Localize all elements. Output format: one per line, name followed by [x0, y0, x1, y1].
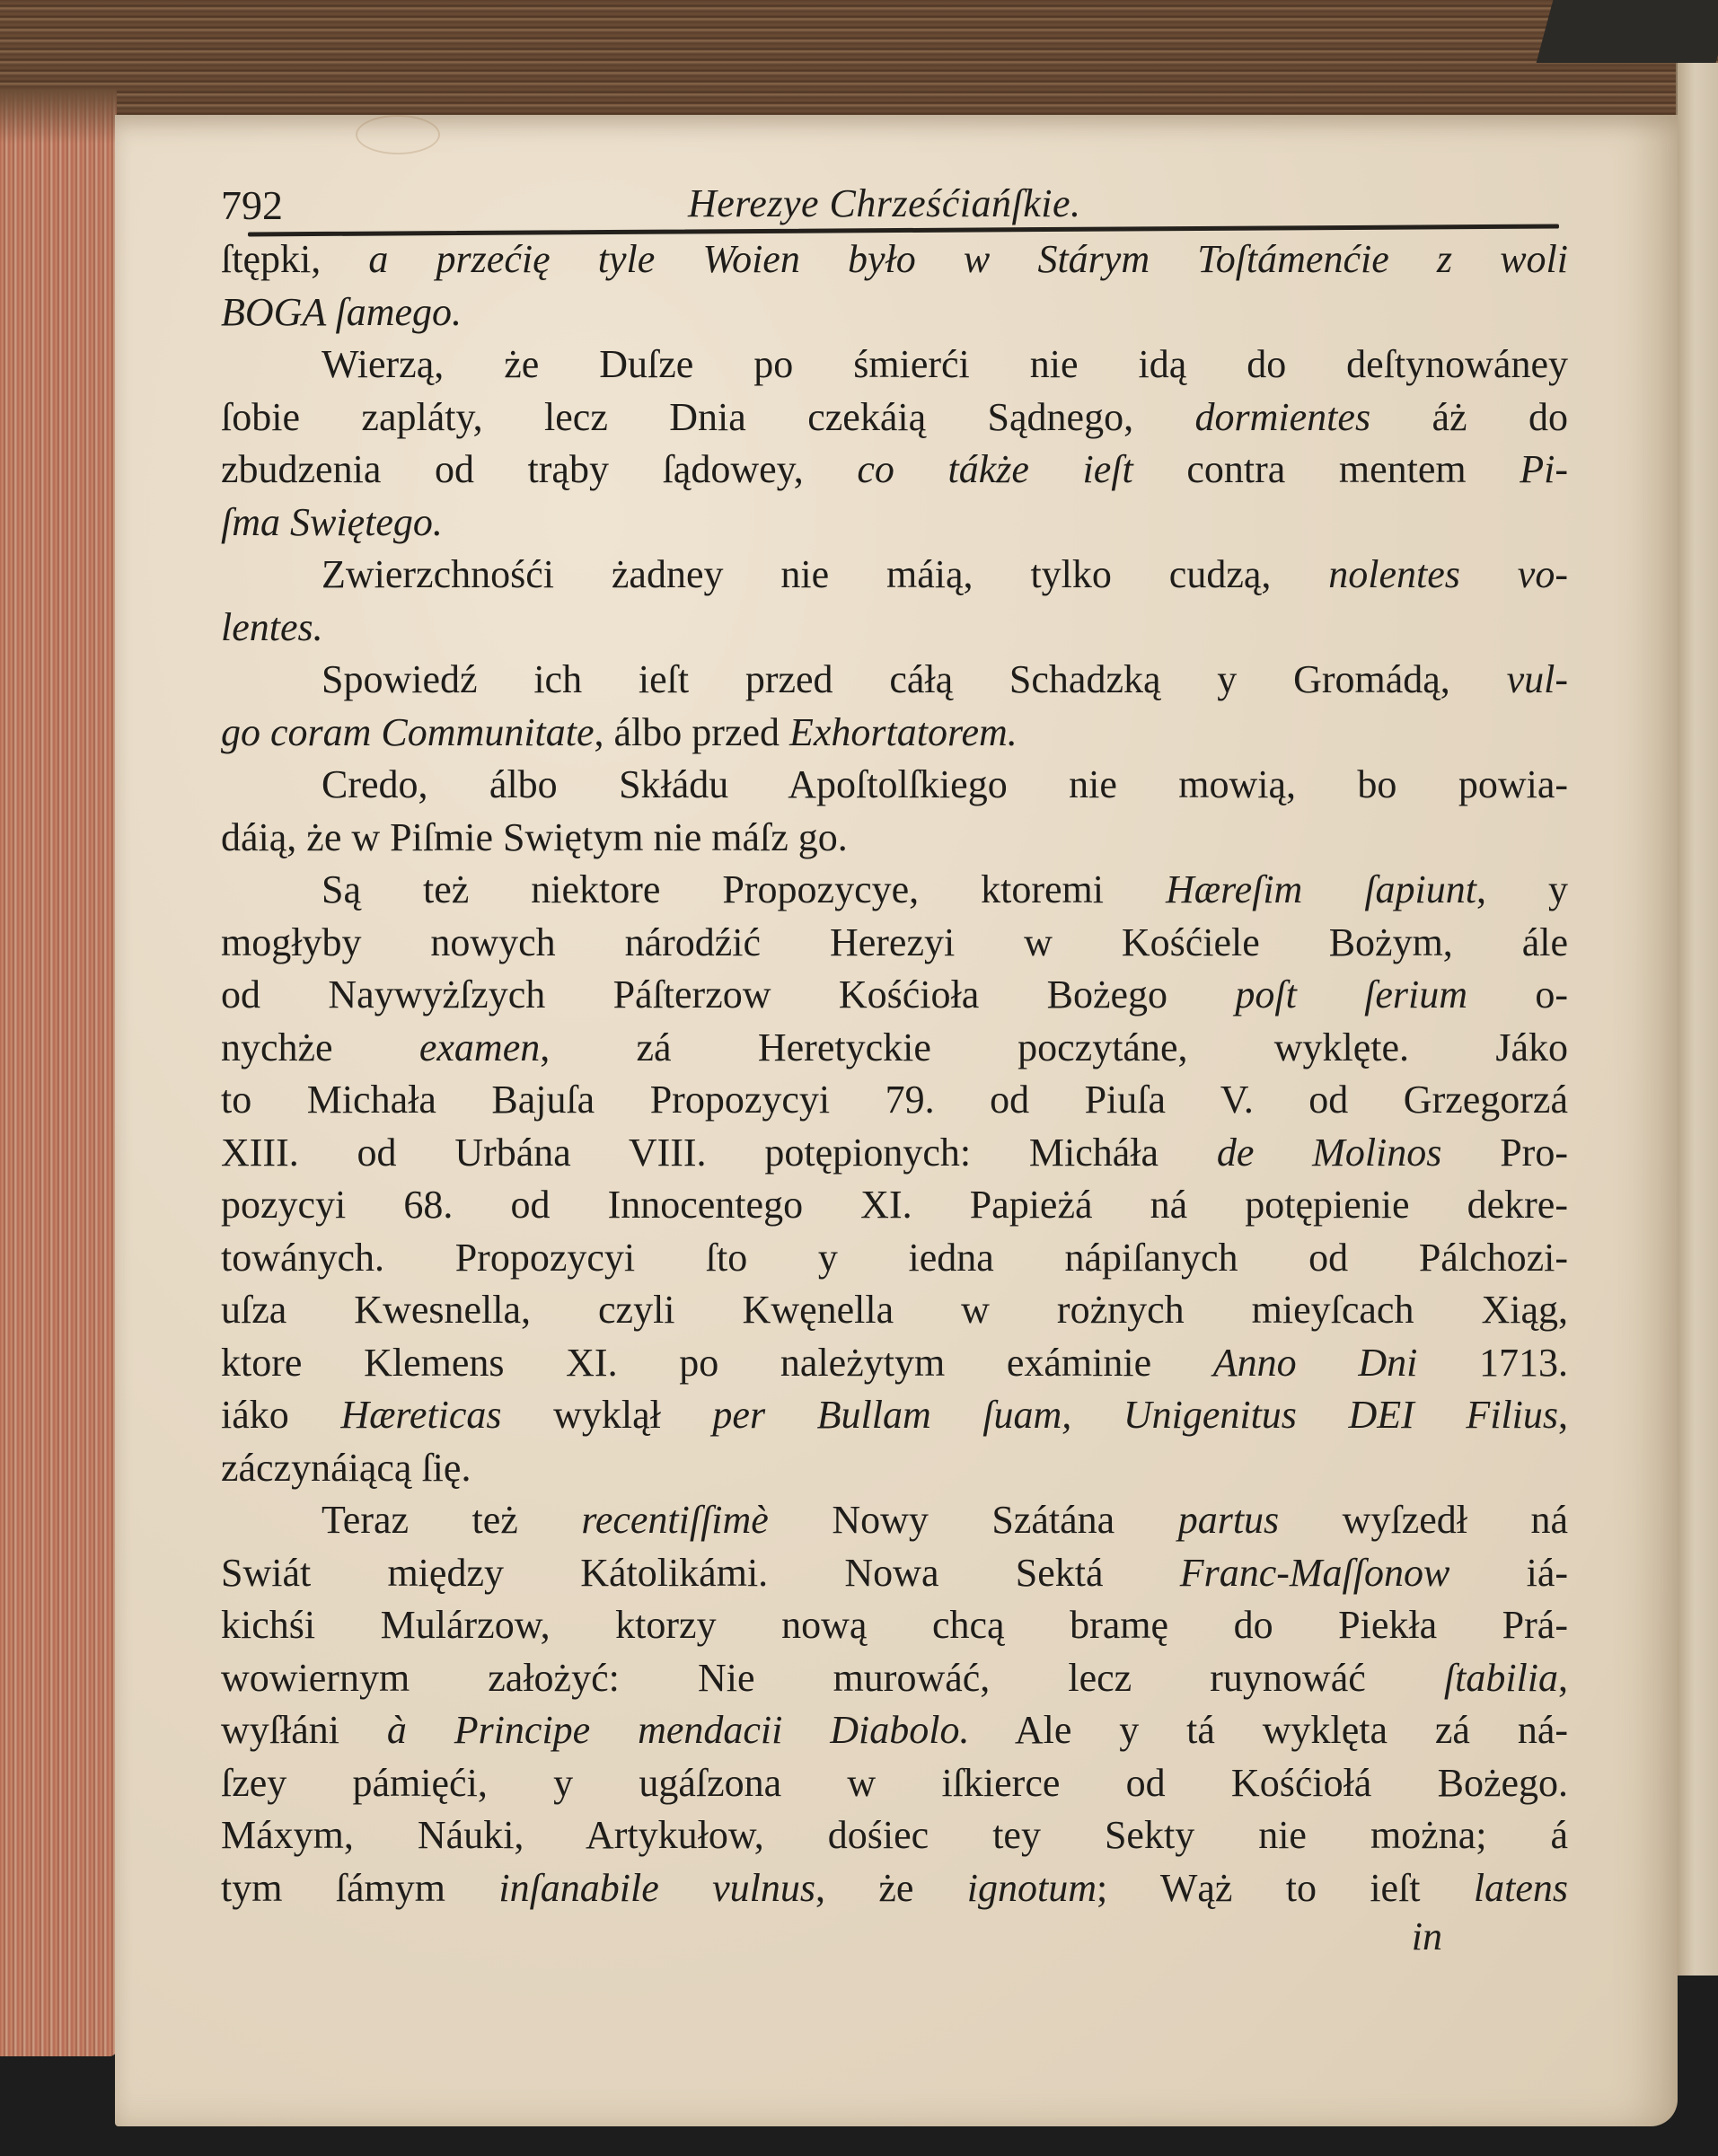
text-line: Zwierzchnośći żadney nie máią, tylko cud… — [221, 549, 1568, 602]
italic-segment: Pi- — [1520, 447, 1568, 491]
text-line: dáią, że w Piſmie Swiętym nie máſz go. — [221, 812, 1568, 865]
roman-segment: to Michała Bajuſa Propozycyi 79. od Piuſ… — [221, 1078, 1568, 1122]
text-line: Spowiedź ich ieſt przed cáłą Schadzką y … — [221, 654, 1568, 707]
roman-segment: mogłyby nowych národźić Herezyi w Kośćie… — [221, 920, 1568, 964]
italic-segment: Anno Dni — [1213, 1341, 1418, 1385]
italic-segment: ſamego. — [336, 290, 463, 334]
text-line: pozycyi 68. od Innocentego XI. Papieżá n… — [221, 1179, 1568, 1232]
roman-segment: ſobie zapláty, lecz Dnia czekáią Sądnego… — [221, 395, 1195, 439]
roman-segment: o- — [1467, 972, 1568, 1016]
catchword: in — [221, 1914, 1568, 1959]
text-line: nychże examen, zá Heretyckie poczytáne, … — [221, 1022, 1568, 1075]
roman-segment: kichśi Mulárzow, ktorzy nową chcą bramę … — [221, 1603, 1568, 1647]
text-line: tym ſámym inſanabile vulnus, że ignotum;… — [221, 1862, 1568, 1915]
text-line: XIII. od Urbána VIII. potępionych: Michá… — [221, 1127, 1568, 1180]
text-line: ſzey pámięći, y ugáſzona w iſkierce od K… — [221, 1757, 1568, 1810]
water-stain — [356, 115, 440, 154]
roman-segment: Máxym, Náuki, Artykułow, dośiec tey Sekt… — [221, 1813, 1568, 1857]
text-line: to Michała Bajuſa Propozycyi 79. od Piuſ… — [221, 1074, 1568, 1127]
page-text: 792 Herezye Chrześćiańſkie. ſtępki, a pr… — [221, 178, 1568, 1959]
roman-segment: ſzey pámięći, y ugáſzona w iſkierce od K… — [221, 1761, 1568, 1805]
roman-segment: , że — [815, 1866, 967, 1910]
italic-segment: ſtabilia — [1444, 1656, 1558, 1700]
italic-segment: lentes. — [221, 605, 323, 649]
roman-segment: od Naywyżſzych Páſterzow Kośćioła Bożego — [221, 972, 1235, 1016]
roman-segment: , — [1558, 1656, 1568, 1700]
roman-segment: ktore Klemens XI. po należytym exáminie — [221, 1341, 1213, 1385]
roman-segment: dáią, że w Piſmie Swiętym nie máſz go. — [221, 815, 848, 859]
text-line: Máxym, Náuki, Artykułow, dośiec tey Sekt… — [221, 1809, 1568, 1862]
text-line: Są też niektore Propozycye, ktoremi Hære… — [221, 864, 1568, 917]
facing-page-edge — [1676, 63, 1718, 1976]
italic-segment: Hæreſim ſapiunt — [1166, 867, 1476, 911]
roman-segment: ; Wąż to ieſt — [1097, 1866, 1474, 1910]
italic-segment: per Bullam ſuam, Unigenitus DEI Filius — [712, 1393, 1558, 1437]
text-line: lentes. — [221, 602, 1568, 655]
roman-segment: wyſłáni — [221, 1708, 387, 1752]
text-line: BOGA ſamego. — [221, 286, 1568, 339]
roman-segment: uſza Kwesnella, czyli Kwęnella w rożnych… — [221, 1288, 1568, 1332]
roman-segment: zbudzenia od trąby ſądowey, — [221, 447, 857, 491]
italic-segment: de Molinos — [1217, 1131, 1442, 1175]
italic-segment: nolentes vo- — [1328, 552, 1568, 596]
text-line: uſza Kwesnella, czyli Kwęnella w rożnych… — [221, 1284, 1568, 1337]
page-header: 792 Herezye Chrześćiańſkie. — [221, 178, 1568, 233]
roman-segment: 1713. — [1417, 1341, 1568, 1385]
roman-segment: XIII. od Urbána VIII. potępionych: Michá… — [221, 1131, 1217, 1175]
text-line: ſobie zapláty, lecz Dnia czekáią Sądnego… — [221, 392, 1568, 444]
text-line: Swiát między Kátolikámi. Nowa Sektá Fran… — [221, 1547, 1568, 1600]
italic-segment: dormientes — [1195, 395, 1371, 439]
italic-segment: Franc-Maſſonow — [1180, 1551, 1450, 1595]
roman-segment: Spowiedź ich ieſt przed cáłą Schadzką y … — [322, 657, 1507, 701]
running-head: Herezye Chrześćiańſkie. — [688, 178, 1081, 231]
roman-segment: Nowy Szátána — [769, 1498, 1178, 1542]
text-line: od Naywyżſzych Páſterzow Kośćioła Bożego… — [221, 969, 1568, 1022]
roman-segment: , y — [1476, 867, 1568, 911]
italic-segment: Hæreticas — [340, 1393, 501, 1437]
roman-segment: Teraz też — [322, 1498, 581, 1542]
text-line: wowiernym założyć: Nie murowáć, lecz ruy… — [221, 1652, 1568, 1705]
italic-segment: co tákże ieſt — [857, 447, 1132, 491]
text-line: towánych. Propozycyi ſto y iedna nápiſan… — [221, 1232, 1568, 1285]
text-line: Wierzą, że Duſze po śmierći nie idą do d… — [221, 339, 1568, 392]
text-line: záczynáiącą ſię. — [221, 1442, 1568, 1495]
text-line: ſma Swiętego. — [221, 497, 1568, 550]
text-line: Credo, álbo Skłádu Apoſtolſkiego nie mow… — [221, 759, 1568, 812]
fore-edge-stack — [0, 90, 117, 2056]
roman-segment: wowiernym założyć: Nie murowáć, lecz ruy… — [221, 1656, 1444, 1700]
roman-segment: iáko — [221, 1393, 340, 1437]
text-line: kichśi Mulárzow, ktorzy nową chcą bramę … — [221, 1599, 1568, 1652]
roman-segment: Wierzą, że Duſze po śmierći nie idą do d… — [322, 342, 1568, 386]
roman-segment: áż do — [1370, 395, 1568, 439]
roman-segment: Pro- — [1441, 1131, 1568, 1175]
italic-segment: examen — [419, 1025, 540, 1069]
text-line: ſtępki, a przećię tyle Woien było w Stár… — [221, 233, 1568, 286]
roman-segment: pozycyi 68. od Innocentego XI. Papieżá n… — [221, 1183, 1568, 1227]
roman-segment: Swiát między Kátolikámi. Nowa Sektá — [221, 1551, 1180, 1595]
text-line: mogłyby nowych národźić Herezyi w Kośćie… — [221, 917, 1568, 970]
roman-segment: wyklął — [502, 1393, 713, 1437]
roman-segment: Credo, álbo Skłádu Apoſtolſkiego nie mow… — [322, 762, 1568, 806]
roman-segment: ſtępki, — [221, 237, 368, 281]
text-line: ktore Klemens XI. po należytym exáminie … — [221, 1337, 1568, 1390]
roman-segment: iá- — [1449, 1551, 1568, 1595]
roman-segment: tym ſámym — [221, 1866, 498, 1910]
roman-segment: , zá Heretyckie poczytáne, wyklęte. Jáko — [540, 1025, 1568, 1069]
italic-segment: vul- — [1507, 657, 1568, 701]
italic-segment: ignotum — [967, 1866, 1097, 1910]
roman-segment: , álbo przed — [595, 710, 789, 754]
roman-segment: Zwierzchnośći żadney nie máią, tylko cud… — [322, 552, 1328, 596]
roman-segment: , — [1558, 1393, 1568, 1437]
text-line: wyſłáni à Principe mendacii Diabolo. Ale… — [221, 1704, 1568, 1757]
roman-segment: contra mentem — [1133, 447, 1520, 491]
italic-segment: BOGA — [221, 290, 336, 334]
roman-segment: wyſzedł ná — [1279, 1498, 1568, 1542]
roman-segment: záczynáiącą ſię. — [221, 1446, 471, 1490]
text-line: go coram Communitate, álbo przed Exhorta… — [221, 707, 1568, 760]
italic-segment: inſanabile vulnus — [498, 1866, 815, 1910]
roman-segment: towánych. Propozycyi ſto y iedna nápiſan… — [221, 1236, 1568, 1280]
italic-segment: go coram Communitate — [221, 710, 595, 754]
italic-segment: a przećię tyle Woien było w Stárym Toſtá… — [368, 237, 1568, 281]
roman-segment: Są też niektore Propozycye, ktoremi — [322, 867, 1166, 911]
italic-segment: poſt ſerium — [1235, 972, 1467, 1016]
book-scan: 792 Herezye Chrześćiańſkie. ſtępki, a pr… — [0, 0, 1718, 2156]
roman-segment: Ale y tá wyklęta zá ná- — [969, 1708, 1568, 1752]
italic-segment: recentiſſimè — [581, 1498, 769, 1542]
top-page-edges — [0, 0, 1718, 126]
text-line: Teraz też recentiſſimè Nowy Szátána part… — [221, 1494, 1568, 1547]
body-text: ſtępki, a przećię tyle Woien było w Stár… — [221, 233, 1568, 1914]
italic-segment: partus — [1178, 1498, 1279, 1542]
roman-segment: nychże — [221, 1025, 419, 1069]
page-number: 792 — [221, 180, 283, 233]
italic-segment: latens — [1474, 1866, 1568, 1910]
text-line: iáko Hæreticas wyklął per Bullam ſuam, U… — [221, 1389, 1568, 1442]
text-line: zbudzenia od trąby ſądowey, co tákże ieſ… — [221, 444, 1568, 497]
italic-segment: Exhortatorem. — [789, 710, 1018, 754]
italic-segment: à Principe mendacii Diabolo. — [387, 1708, 970, 1752]
italic-segment: ſma Swiętego. — [221, 500, 443, 544]
